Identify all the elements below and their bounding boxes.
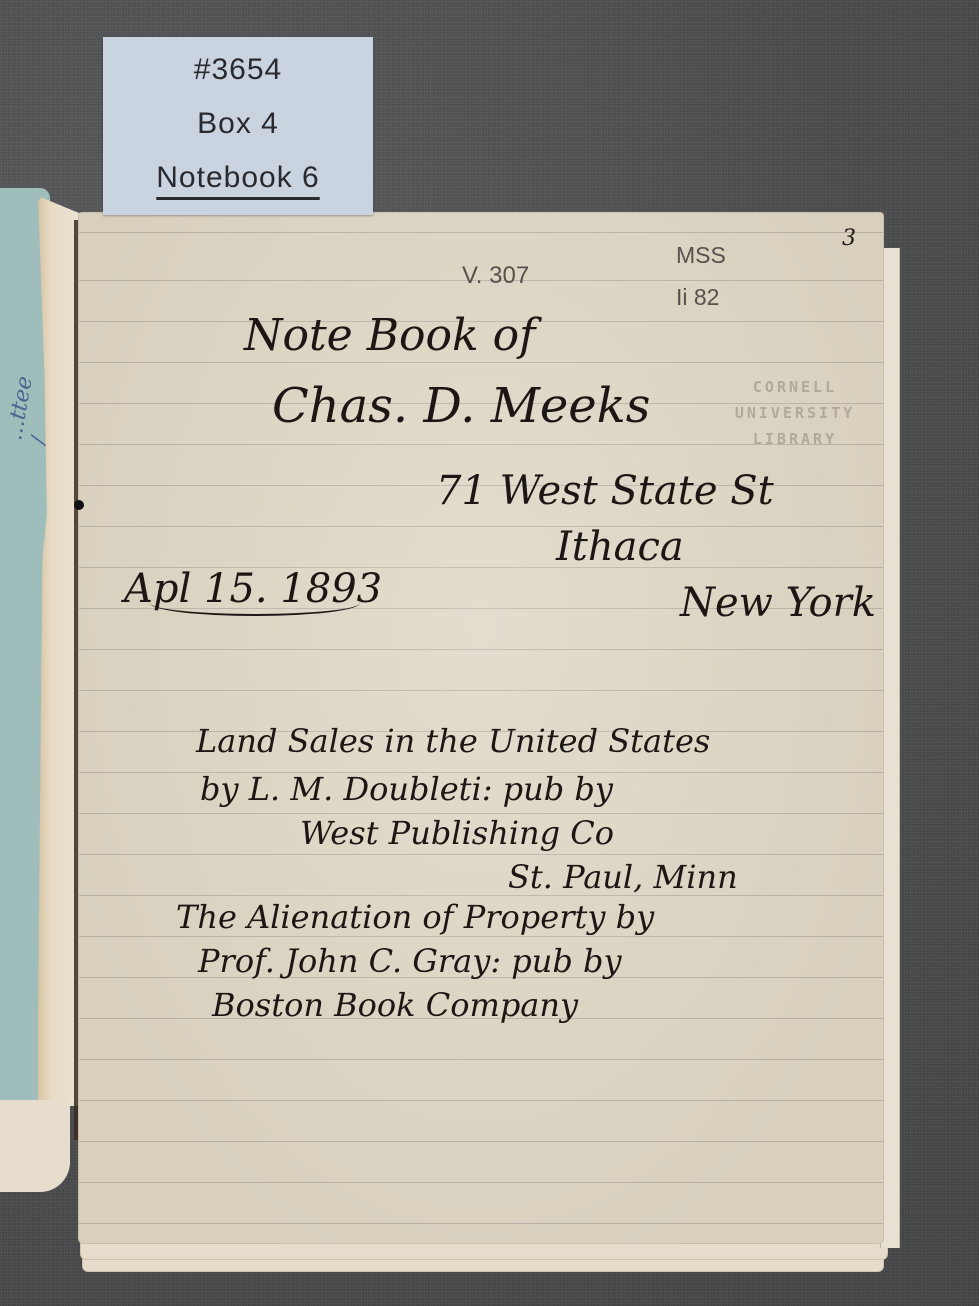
stamp-line: UNIVERSITY <box>720 400 870 426</box>
date-underline-flourish <box>150 590 360 616</box>
address-street: 71 West State St <box>436 468 774 514</box>
address-state: New York <box>680 580 876 626</box>
pencil-mss-number: Ii 82 <box>676 284 719 311</box>
entry-1-publisher: West Publishing Co <box>300 814 614 852</box>
address-city: Ithaca <box>556 524 684 570</box>
stamp-line: CORNELL <box>720 374 870 400</box>
pencil-call-number: V. 307 <box>462 262 529 290</box>
owner-name: Chas. D. Meeks <box>272 378 650 434</box>
page-number: 3 <box>842 226 856 251</box>
slip-box-number: Box 4 <box>103 107 373 141</box>
catalog-label-slip: #3654 Box 4 Notebook 6 <box>103 37 373 215</box>
entry-1-author: by L. M. Doubleti: pub by <box>200 770 613 808</box>
left-page-bottom-corner <box>0 1100 70 1192</box>
entry-2-publisher: Boston Book Company <box>212 986 578 1024</box>
slip-collection-number: #3654 <box>103 53 373 87</box>
entry-1-title: Land Sales in the United States <box>196 722 710 760</box>
slip-notebook-number: Notebook 6 <box>103 161 373 195</box>
title-line-1: Note Book of <box>244 310 535 361</box>
binding-spine <box>74 220 78 1140</box>
entry-1-place: St. Paul, Minn <box>508 858 738 896</box>
pencil-mss-label: MSS <box>676 242 726 269</box>
binding-hole-icon <box>74 500 84 510</box>
stamp-line: LIBRARY <box>720 426 870 452</box>
cornell-library-stamp: CORNELL UNIVERSITY LIBRARY <box>720 374 870 452</box>
entry-2-title: The Alienation of Property by <box>176 898 654 936</box>
entry-2-author: Prof. John C. Gray: pub by <box>198 942 622 980</box>
